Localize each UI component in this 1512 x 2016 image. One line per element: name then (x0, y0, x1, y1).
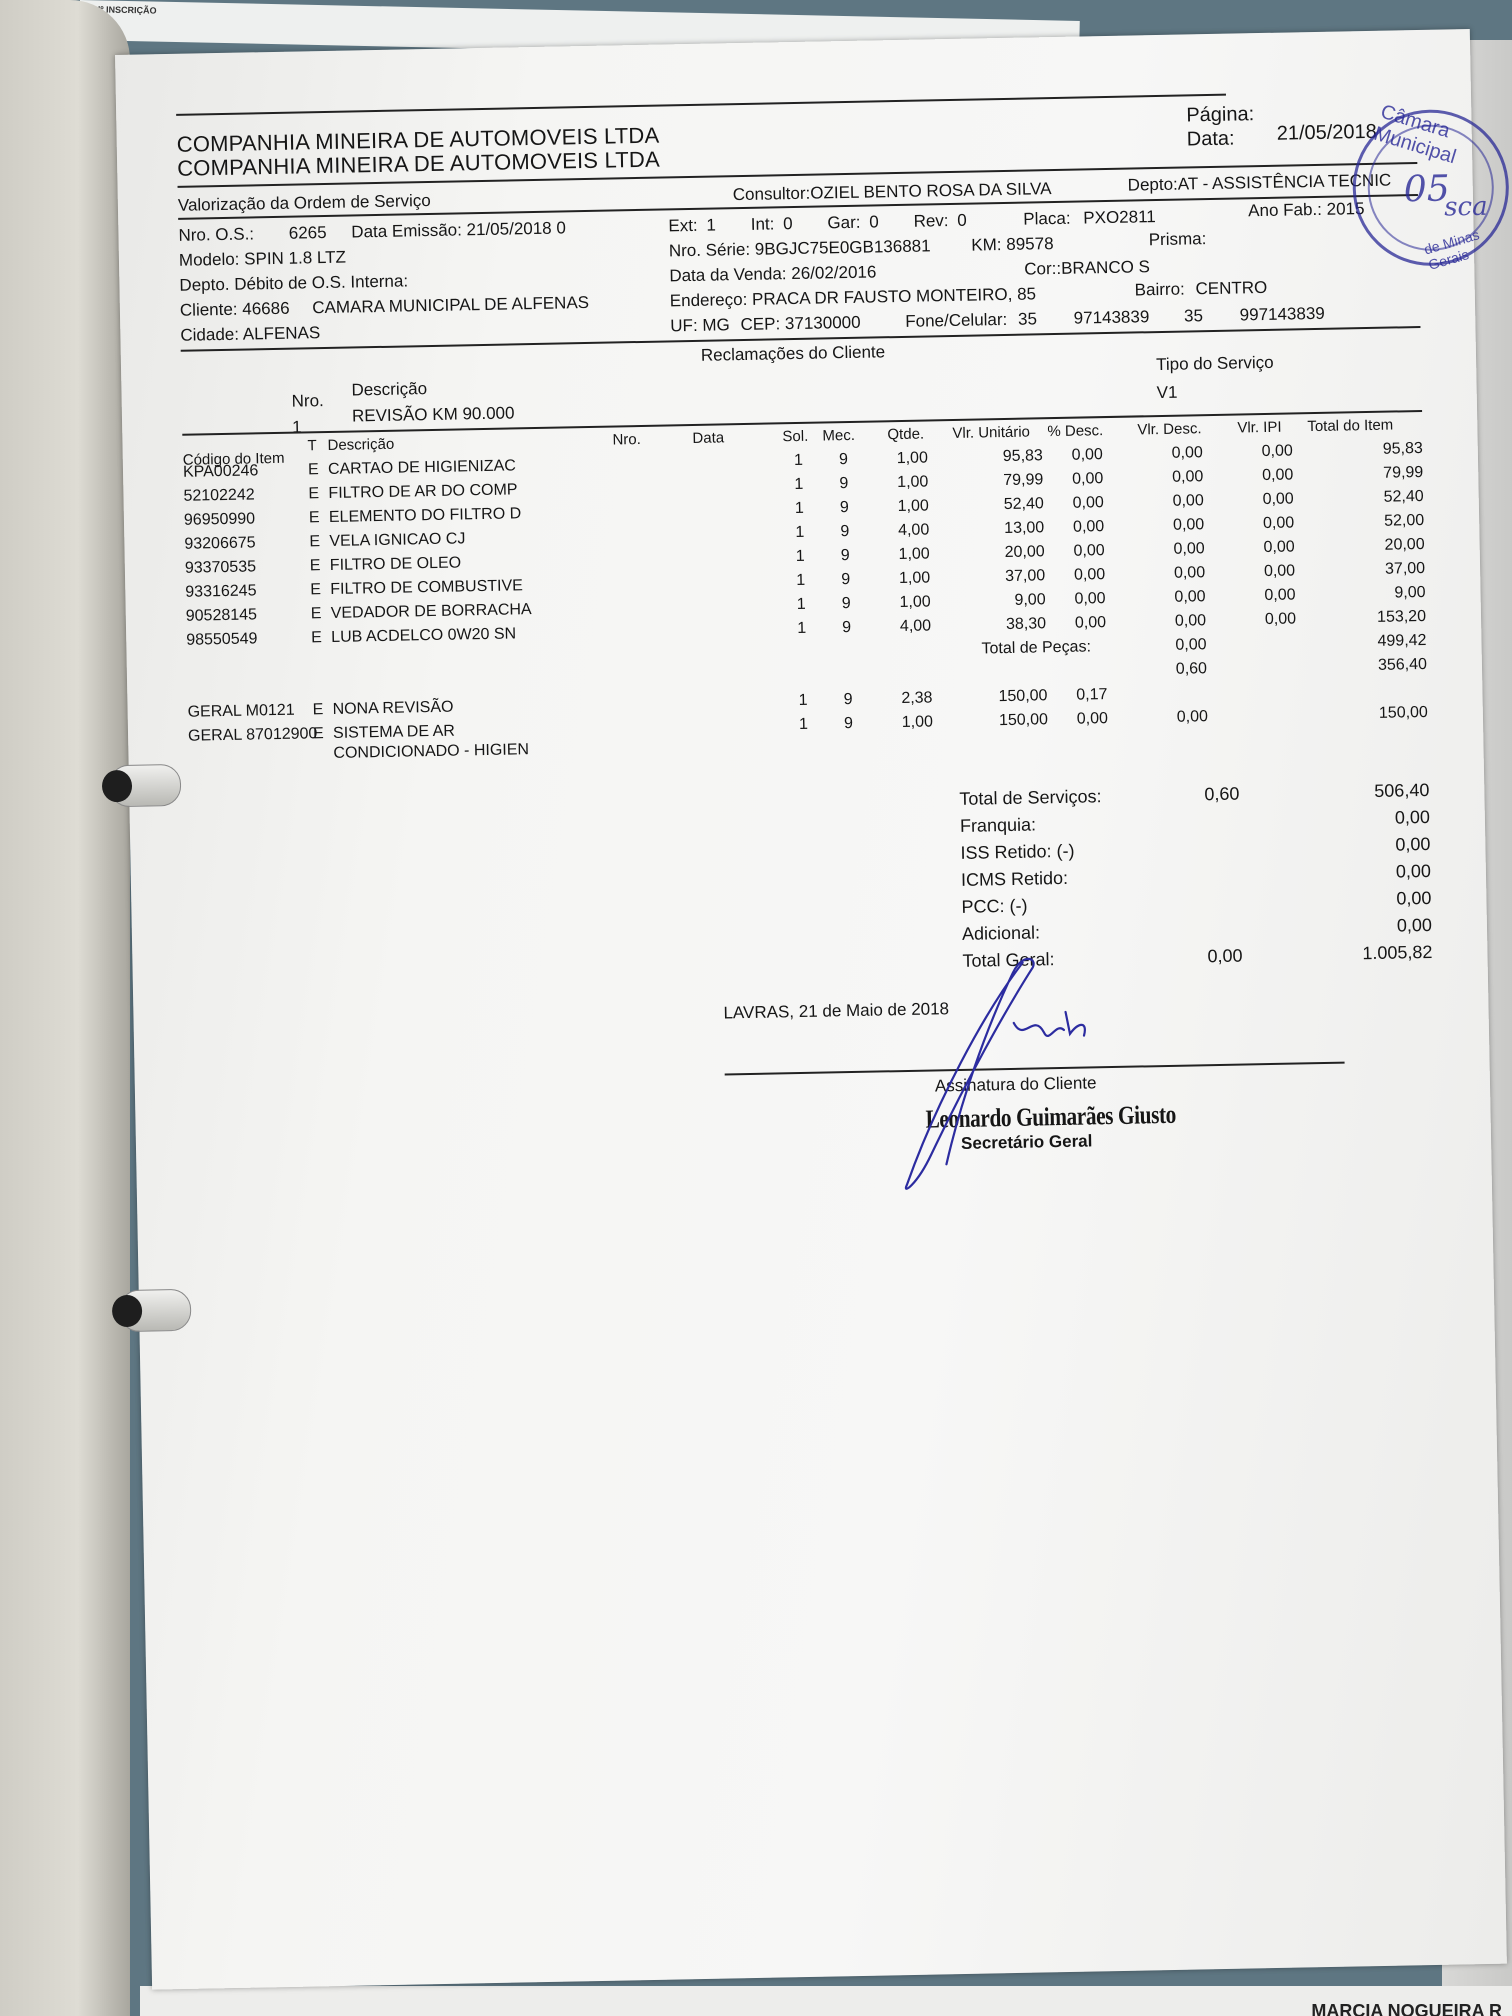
item-vlr-desc: 0,00 (1140, 540, 1205, 559)
item-vlr-ipi: 0,00 (1234, 514, 1294, 533)
item-description: CARTAO DE HIGIENIZAC (328, 457, 516, 479)
adicional-label: Adicional: (962, 922, 1040, 944)
item-vlr-ipi: 0,00 (1235, 538, 1295, 557)
item-sol: 1 (786, 620, 806, 638)
services-subtotal: 356,40 (1332, 656, 1427, 676)
complaints-desc-header: Descrição (351, 379, 427, 400)
fone: 97143839 (1073, 307, 1149, 327)
item-vlr-desc: 0,00 (1138, 468, 1203, 487)
item-sol: 1 (786, 596, 806, 614)
ext: Ext: 1 (668, 215, 716, 235)
cidade-label: Cidade: (180, 325, 239, 345)
item-description: ELEMENTO DO FILTRO D (329, 505, 522, 527)
placa-label: Placa: (1023, 209, 1071, 229)
fone-field: Fone/Celular: 35 97143839 35 997143839 (905, 304, 1325, 332)
signature-block: LAVRAS, 21 de Maio de 2018 Assinatura do… (723, 967, 1348, 1239)
col-vlr-desc: Vlr. Desc. (1137, 420, 1202, 438)
item-sol: 1 (783, 452, 803, 470)
item-vlr-unitario: 150,00 (967, 687, 1047, 707)
total-servicos: 506,40 (1374, 780, 1429, 802)
int: Int: 0 (751, 214, 793, 234)
item-vlr-desc: 0,00 (1139, 516, 1204, 535)
col-t: T (307, 437, 316, 454)
col-vlr-unitario: Vlr. Unitário (952, 424, 1030, 442)
binder-ring-top (109, 764, 182, 807)
serie-label: Nro. Série: (669, 240, 751, 261)
total-geral: 1.005,82 (1362, 942, 1432, 964)
item-pct-desc: 0,00 (1048, 470, 1103, 489)
item-total: 20,00 (1329, 536, 1424, 556)
col-data: Data (692, 429, 724, 447)
col-qtde: Qtde. (887, 426, 924, 444)
fone-label: Fone/Celular: (905, 310, 1007, 331)
item-vlr-desc: 0,00 (1141, 612, 1206, 631)
item-qtde: 1,00 (875, 545, 930, 564)
item-pct-desc: 0,00 (1048, 446, 1103, 465)
data-venda-field: Data da Venda: 26/02/2016 (669, 262, 876, 286)
item-description: LUB ACDELCO 0W20 SN (331, 625, 516, 647)
next-page-strip: MARCIA NOGUEIRA R (140, 1986, 1512, 2016)
item-sol: 1 (788, 716, 808, 734)
item-vlr-ipi: 0,00 (1234, 490, 1294, 509)
parts-total: 499,42 (1331, 632, 1426, 652)
pcc-label: PCC: (-) (961, 896, 1027, 918)
data-venda: 26/02/2016 (791, 262, 876, 283)
cel: 997143839 (1239, 304, 1324, 325)
item-description: VEDADOR DE BORRACHA (331, 601, 532, 623)
emission-date: 21/05/2018 0 (466, 218, 566, 239)
cliente-nome: CAMARA MUNICIPAL DE ALFENAS (312, 293, 589, 317)
endereco-field: Endereço: PRACA DR FAUSTO MONTEIRO, 85 (670, 284, 1037, 311)
iss: 0,00 (1395, 834, 1430, 856)
bairro-label: Bairro: (1135, 280, 1185, 300)
item-vlr-unitario: 9,00 (965, 591, 1045, 611)
item-total: 79,99 (1328, 464, 1423, 484)
item-vlr-unitario: 37,00 (965, 567, 1045, 587)
item-total: 52,00 (1329, 512, 1424, 532)
parts-rows: KPA00246ECARTAO DE HIGIENIZAC191,0095,83… (183, 440, 1426, 656)
fone-ddd: 35 (1018, 309, 1037, 328)
cep: 37130000 (785, 313, 861, 333)
service-order-page: COMPANHIA MINEIRA DE AUTOMOVEIS LTDA COM… (115, 29, 1507, 1990)
item-qtde: 4,00 (874, 521, 929, 540)
uf-cep-field: UF: MG CEP: 37130000 (670, 313, 861, 337)
item-sol: 1 (783, 476, 803, 494)
item-pct-desc: 0,00 (1053, 710, 1108, 729)
col-mec: Mec. (822, 427, 855, 445)
item-sol: 1 (784, 500, 804, 518)
item-total: 153,20 (1331, 608, 1426, 628)
header-top-rule (176, 94, 1226, 116)
item-total: 37,00 (1330, 560, 1425, 580)
item-vlr-unitario: 150,00 (968, 711, 1048, 731)
handwritten-signature-icon (872, 951, 1117, 1196)
item-qtde: 4,00 (876, 617, 931, 636)
ext-int-gar-rev: Ext: 1 Int: 0 Gar: 0 Rev: 0 (668, 211, 967, 237)
totals-block: Total de Serviços: 0,60 506,40 Franquia:… (959, 780, 1433, 978)
col-total-item: Total do Item (1307, 417, 1393, 436)
item-qtde: 1,00 (874, 497, 929, 516)
item-qtde: 2,38 (877, 689, 932, 708)
item-total: 52,40 (1329, 488, 1424, 508)
complaints-tipo-header: Tipo do Serviço (1156, 353, 1274, 375)
cor: BRANCO S (1061, 257, 1150, 278)
cidade: ALFENAS (243, 323, 321, 343)
cliente-field: Cliente: 46686 CAMARA MUNICIPAL DE ALFEN… (180, 293, 589, 321)
os-number-field: Nro. O.S.: 6265 Data Emissão: 21/05/2018… (178, 218, 566, 245)
item-vlr-unitario: 20,00 (965, 543, 1045, 563)
cidade-field: Cidade: ALFENAS (180, 323, 320, 346)
ano-fab-label: Ano Fab.: (1248, 200, 1322, 220)
item-pct-desc: 0,00 (1050, 542, 1105, 561)
item-vlr-ipi: 0,00 (1235, 562, 1295, 581)
item-vlr-desc: 0,00 (1138, 444, 1203, 463)
item-description: FILTRO DE COMBUSTIVE (330, 577, 523, 599)
item-type: E (312, 701, 323, 719)
item-code: 93206675 (184, 534, 256, 553)
item-qtde: 1,00 (873, 449, 928, 468)
placa: PXO2811 (1083, 207, 1156, 227)
item-sol: 1 (785, 548, 805, 566)
cor-field: Cor::BRANCO S (1024, 257, 1150, 279)
item-code: 93370535 (185, 558, 257, 577)
icms: 0,00 (1396, 861, 1431, 883)
stamp-handwritten-number: 05 (1403, 168, 1450, 210)
prisma-label: Prisma: (1149, 229, 1207, 249)
complaint-nro: 1 (292, 417, 302, 437)
parts-total-label: Total de Peças: (981, 638, 1091, 658)
next-page-name: MARCIA NOGUEIRA R (1311, 2001, 1502, 2016)
total-geral-desc: 0,00 (1162, 946, 1242, 969)
item-pct-desc: 0,17 (1052, 686, 1107, 705)
item-type: E (311, 629, 322, 647)
cel-ddd: 35 (1184, 306, 1203, 325)
pcc: 0,00 (1396, 888, 1431, 910)
cep-label: CEP: (740, 314, 780, 334)
km: 89578 (1006, 234, 1054, 254)
item-type: E (310, 557, 321, 575)
icms-label: ICMS Retido: (961, 868, 1068, 891)
placa-field: Placa: PXO2811 (1023, 207, 1156, 230)
item-mec: 9 (829, 523, 849, 541)
item-code: 52102242 (183, 486, 255, 505)
item-vlr-desc: 0,00 (1143, 708, 1208, 727)
complaint-tipo: V1 (1156, 383, 1177, 403)
item-sol: 1 (785, 572, 805, 590)
item-type: E (313, 725, 324, 743)
item-qtde: 1,00 (875, 593, 930, 612)
rev: Rev: 0 (913, 211, 966, 231)
item-mec: 9 (831, 595, 851, 613)
item-qtde: 1,00 (878, 713, 933, 732)
item-code: GERAL M0121 (187, 702, 294, 722)
item-mec: 9 (828, 475, 848, 493)
item-vlr-unitario: 13,00 (964, 519, 1044, 539)
item-vlr-unitario: 52,40 (964, 495, 1044, 515)
total-servicos-label: Total de Serviços: (959, 786, 1101, 810)
item-total: 9,00 (1330, 584, 1425, 604)
col-vlr-ipi: Vlr. IPI (1237, 419, 1282, 437)
item-vlr-ipi: 0,00 (1233, 442, 1293, 461)
franquia-label: Franquia: (960, 814, 1036, 836)
items-table: Código do Item T Descrição Nro. Data Sol… (182, 416, 1428, 772)
modelo-label: Modelo: (179, 250, 240, 270)
item-vlr-unitario: 79,99 (963, 471, 1043, 491)
item-qtde: 1,00 (875, 569, 930, 588)
item-type: E (309, 509, 320, 527)
date-label: Data: (1187, 128, 1235, 152)
item-sol: 1 (787, 692, 807, 710)
item-description: SISTEMA DE AR (333, 723, 455, 743)
item-mec: 9 (833, 715, 853, 733)
cliente-id: 46686 (242, 299, 290, 319)
item-mec: 9 (830, 547, 850, 565)
binder-cover (0, 0, 130, 2016)
item-pct-desc: 0,00 (1051, 614, 1106, 633)
item-total: 95,83 (1328, 440, 1423, 460)
col-nro: Nro. (612, 431, 641, 449)
col-sol: Sol. (782, 428, 808, 445)
item-pct-desc: 0,00 (1050, 590, 1105, 609)
item-sol: 1 (784, 524, 804, 542)
item-code: 93316245 (185, 582, 257, 601)
bairro-field: Bairro: CENTRO (1135, 278, 1268, 301)
uf-label: UF: (670, 316, 698, 336)
item-type: E (308, 485, 319, 503)
prisma-field: Prisma: (1149, 229, 1207, 250)
item-description-continued: CONDICIONADO - HIGIEN (333, 741, 529, 763)
data-venda-label: Data da Venda: (669, 264, 787, 285)
item-vlr-desc: 0,00 (1140, 588, 1205, 607)
item-type: E (309, 533, 320, 551)
endereco-label: Endereço: (670, 290, 748, 310)
item-description: NONA REVISÃO (332, 699, 453, 719)
adicional: 0,00 (1397, 915, 1432, 937)
item-mec: 9 (832, 691, 852, 709)
item-pct-desc: 0,00 (1050, 566, 1105, 585)
os-number: 6265 (289, 223, 327, 243)
serie-field: Nro. Série: 9BGJC75E0GB136881 KM: 89578 (669, 234, 1054, 261)
cliente-label: Cliente: (180, 300, 238, 320)
item-vlr-unitario: 95,83 (963, 447, 1043, 467)
emission-label: Data Emissão: (351, 220, 462, 241)
item-vlr-desc: 0,00 (1139, 492, 1204, 511)
document-body: COMPANHIA MINEIRA DE AUTOMOVEIS LTDA COM… (176, 70, 1416, 94)
bairro: CENTRO (1195, 278, 1267, 298)
endereco: PRACA DR FAUSTO MONTEIRO, 85 (752, 284, 1036, 308)
item-vlr-ipi: 0,00 (1233, 466, 1293, 485)
stamp-handwritten-initials: sca (1444, 192, 1488, 223)
item-vlr-desc: 0,00 (1140, 564, 1205, 583)
gar: Gar: 0 (827, 212, 879, 232)
item-qtde: 1,00 (873, 473, 928, 492)
complaint-desc: REVISÃO KM 90.000 (352, 403, 515, 426)
item-description: VELA IGNICAO CJ (329, 530, 465, 551)
item-type: E (310, 581, 321, 599)
item-mec: 9 (830, 571, 850, 589)
item-pct-desc: 0,00 (1049, 494, 1104, 513)
item-vlr-unitario: 38,30 (966, 615, 1046, 635)
serie: 9BGJC75E0GB136881 (755, 236, 931, 258)
item-code: KPA00246 (183, 462, 259, 481)
official-stamp: Câmara Municipal de Minas Gerais 05 sca (1351, 108, 1510, 267)
os-number-label: Nro. O.S.: (178, 224, 254, 244)
item-description: FILTRO DE AR DO COMP (328, 481, 517, 503)
page-label: Página: (1186, 103, 1254, 127)
modelo-field: Modelo: SPIN 1.8 LTZ (179, 248, 346, 271)
binder-ring-bottom (119, 1289, 192, 1332)
date-value: 21/05/2018 (1277, 121, 1378, 146)
item-mec: 9 (829, 499, 849, 517)
item-vlr-desc (1142, 684, 1207, 685)
item-vlr-ipi: 0,00 (1235, 586, 1295, 605)
complaints-nro-header: Nro. (291, 391, 324, 412)
item-vlr-ipi: 0,00 (1236, 610, 1296, 629)
col-descricao: Descrição (327, 436, 394, 454)
cor-label: Cor:: (1024, 259, 1061, 279)
uf: MG (702, 315, 730, 335)
col-pct-desc: % Desc. (1047, 422, 1103, 440)
ano-fab-field: Ano Fab.: 2015 (1248, 199, 1365, 221)
depto-debito-label: Depto. Débito de O.S. Interna: (179, 271, 408, 295)
modelo: SPIN 1.8 LTZ (244, 248, 346, 269)
item-mec: 9 (828, 451, 848, 469)
item-mec: 9 (831, 619, 851, 637)
item-code: 98550549 (186, 630, 258, 649)
item-type: E (308, 461, 319, 479)
franquia: 0,00 (1395, 807, 1430, 829)
iss-label: ISS Retido: (-) (960, 841, 1074, 864)
item-pct-desc: 0,00 (1049, 518, 1104, 537)
complaints-title: Reclamações do Cliente (701, 342, 886, 366)
total-servicos-desc: 0,60 (1159, 784, 1239, 807)
item-total: 150,00 (1333, 704, 1428, 724)
item-code: GERAL 87012900 (188, 725, 318, 745)
item-description: FILTRO DE OLEO (330, 554, 462, 575)
item-code: 96950990 (184, 510, 256, 529)
services-subtotal-desc: 0,60 (1142, 660, 1207, 679)
parts-total-desc: 0,00 (1141, 636, 1206, 655)
item-code: 90528145 (186, 606, 258, 625)
km-label: KM: (971, 235, 1002, 255)
section-title: Valorização da Ordem de Serviço (178, 191, 431, 216)
depto: Depto:AT - ASSISTÊNCIA TECNIC (1128, 171, 1392, 196)
item-type: E (311, 605, 322, 623)
